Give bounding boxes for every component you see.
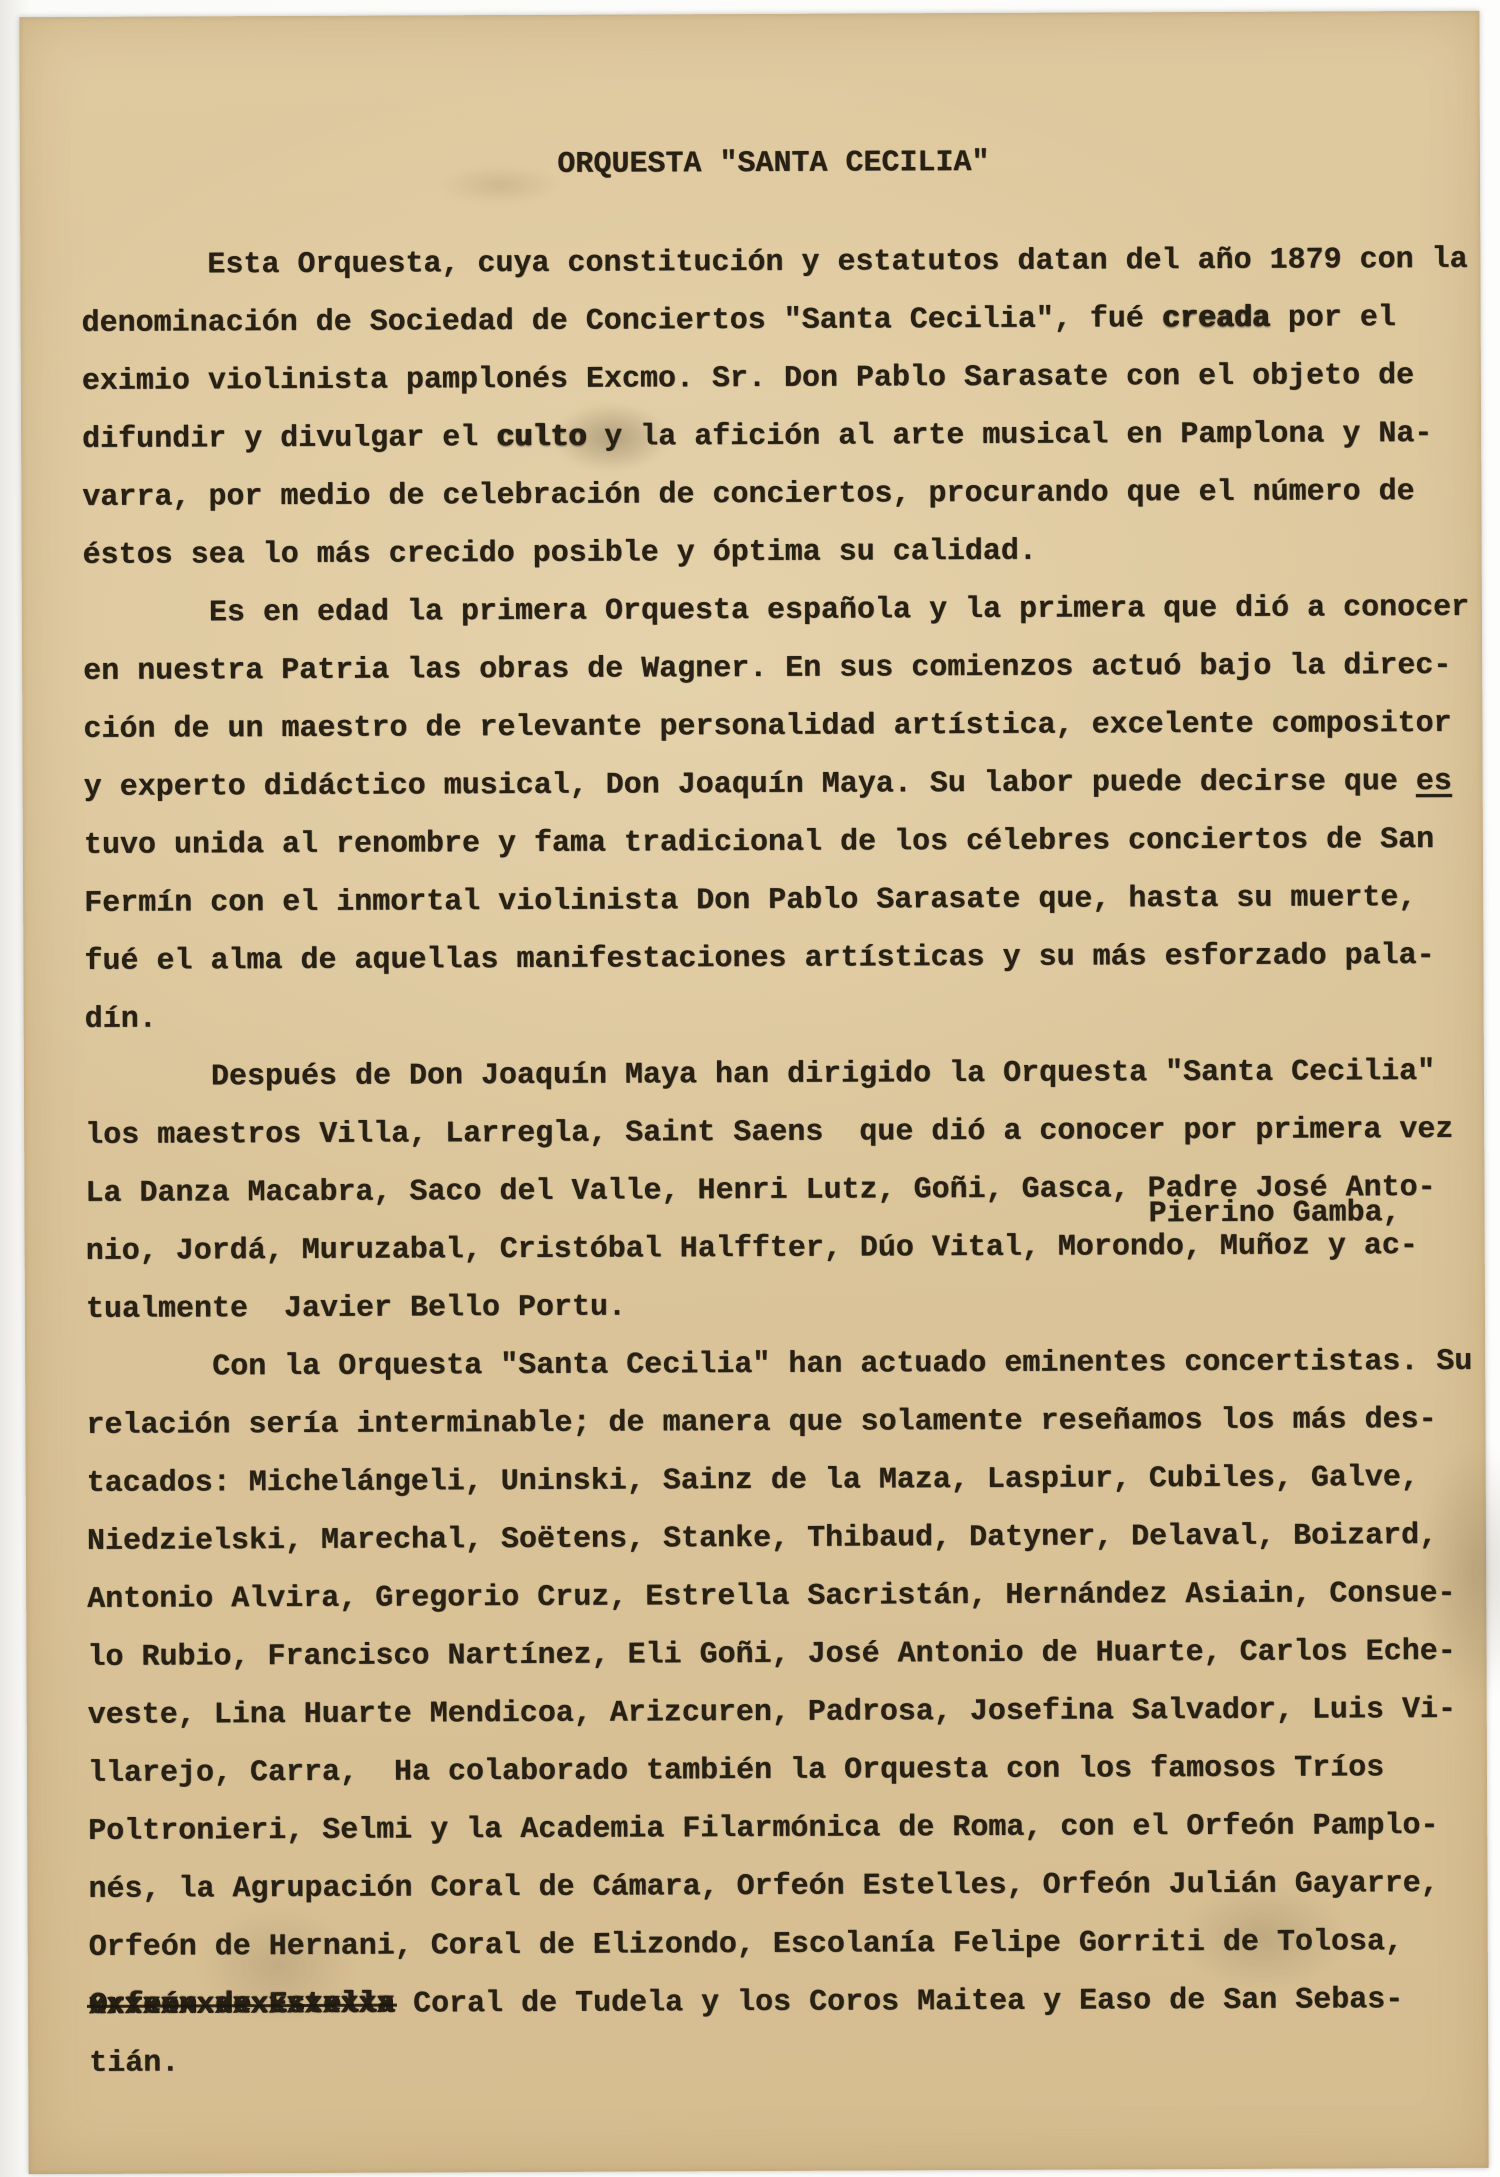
typewritten-line: Orfeón de Estellaxxxxxxxxxxxxxxxxx Coral… [89, 1971, 1474, 2035]
line-text: los maestros Villa, Larregla, Saint Saen… [85, 1113, 1453, 1153]
typewritten-line: nés, la Agrupación Coral de Cámara, Orfe… [88, 1855, 1473, 1919]
typewritten-line: tacados: Michelángeli, Uninski, Sainz de… [87, 1449, 1472, 1513]
typewritten-line: los maestros Villa, Larregla, Saint Saen… [85, 1101, 1470, 1165]
typewritten-line: Poltronieri, Selmi y la Academia Filarmó… [88, 1797, 1473, 1861]
line-text: Coral de Tudela y los Coros Maitea y Eas… [395, 1983, 1403, 2021]
typewritten-line: fué el alma de aquellas manifestaciones … [84, 927, 1469, 991]
typewritten-line: llarejo, Carra, Ha colaborado también la… [88, 1739, 1473, 1803]
typewritten-line: eximio violinista pamplonés Excmo. Sr. D… [82, 347, 1467, 411]
typewritten-line: tuvo unida al renombre y fama tradiciona… [84, 811, 1469, 875]
typewritten-line: en nuestra Patria las obras de Wagner. E… [83, 637, 1468, 701]
line-text: éstos sea lo más crecido posible y óptim… [83, 535, 1037, 573]
line-text: tián. [89, 2047, 179, 2081]
line-text: Con la Orquesta "Santa Cecilia" han actu… [86, 1345, 1472, 1385]
typewritten-line: nio, Jordá, Muruzabal, Cristóbal Halffte… [86, 1217, 1471, 1281]
typewritten-line: tualmente Javier Bello Portu. [86, 1275, 1471, 1339]
line-text: dín. [85, 1003, 157, 1037]
typewritten-line: Niedzielski, Marechal, Soëtens, Stanke, … [87, 1507, 1472, 1571]
line-text: veste, Lina Huarte Mendicoa, Arizcuren, … [88, 1693, 1456, 1733]
line-text: Poltronieri, Selmi y la Academia Filarmó… [88, 1809, 1438, 1849]
line-text: tualmente Javier Bello Portu. [86, 1291, 626, 1327]
typewritten-line: varra, por medio de celebración de conci… [82, 463, 1467, 527]
typewritten-line: lo Rubio, Francisco Nartínez, Eli Goñi, … [87, 1623, 1472, 1687]
typewritten-line: Es en edad la primera Orquesta española … [83, 579, 1468, 643]
typewritten-line: veste, Lina Huarte Mendicoa, Arizcuren, … [88, 1681, 1473, 1745]
typewritten-line: denominación de Sociedad de Conciertos "… [82, 289, 1467, 353]
line-text: fué el alma de aquellas manifestaciones … [84, 939, 1434, 979]
crossed-out-text: Orfeón de Estellaxxxxxxxxxxxxxxxxx [89, 1976, 395, 2035]
typewritten-content: ORQUESTA "SANTA CECILIA" Esta Orquesta, … [80, 11, 1474, 2093]
line-text: Después de Don Joaquín Maya han dirigido… [85, 1055, 1435, 1095]
line-text: nés, la Agrupación Coral de Cámara, Orfe… [88, 1867, 1438, 1907]
paper-sheet: ORQUESTA "SANTA CECILIA" Esta Orquesta, … [19, 11, 1488, 2174]
line-text: Niedzielski, Marechal, Soëtens, Stanke, … [87, 1519, 1437, 1559]
line-text: varra, por medio de celebración de conci… [82, 475, 1414, 515]
line-text: llarejo, Carra, Ha colaborado también la… [88, 1751, 1384, 1791]
overstruck-word: culto [496, 421, 586, 455]
typewritten-line: difundir y divulgar el culto y la afició… [82, 405, 1467, 469]
line-text: lo Rubio, Francisco Nartínez, Eli Goñi, … [87, 1635, 1455, 1675]
document-body: Esta Orquesta, cuya constitución y estat… [81, 231, 1474, 2093]
typewritten-line: y experto didáctico musical, Don Joaquín… [84, 753, 1469, 817]
line-text: en nuestra Patria las obras de Wagner. E… [83, 649, 1451, 689]
typewritten-line: Fermín con el inmortal violinista Don Pa… [84, 869, 1469, 933]
line-text: ción de un maestro de relevante personal… [83, 707, 1451, 747]
line-text: eximio violinista pamplonés Excmo. Sr. D… [82, 359, 1414, 399]
typewritten-line: tián. [89, 2029, 1474, 2093]
typewritten-line: Con la Orquesta "Santa Cecilia" han actu… [86, 1333, 1471, 1397]
line-text: difundir y divulgar el [82, 421, 496, 457]
line-text: y experto didáctico musical, Don Joaquín… [84, 765, 1416, 805]
typewritten-line: Orfeón de Hernani, Coral de Elizondo, Es… [89, 1913, 1474, 1977]
line-text: Orfeón de Hernani, Coral de Elizondo, Es… [89, 1925, 1403, 1965]
typewritten-line: Esta Orquesta, cuya constitución y estat… [81, 231, 1466, 295]
line-text: relación sería interminable; de manera q… [86, 1403, 1436, 1443]
typewritten-line: dín. [85, 985, 1470, 1049]
line-text: por el [1270, 301, 1396, 336]
line-text: tacados: Michelángeli, Uninski, Sainz de… [87, 1461, 1419, 1501]
line-text: y la afición al arte musical en Pamplona… [586, 417, 1432, 455]
line-text: denominación de Sociedad de Conciertos "… [82, 302, 1162, 341]
typewritten-line: ción de un maestro de relevante personal… [83, 695, 1468, 759]
typewritten-line: relación sería interminable; de manera q… [86, 1391, 1471, 1455]
typewritten-line: Antonio Alvira, Gregorio Cruz, Estrella … [87, 1565, 1472, 1629]
underlined-word: es [1416, 765, 1452, 799]
line-text: nio, Jordá, Muruzabal, Cristóbal Halffte… [86, 1229, 1418, 1269]
line-text: Esta Orquesta, cuya constitución y estat… [81, 243, 1467, 283]
document-title: ORQUESTA "SANTA CECILIA" [81, 139, 1466, 189]
line-text: Fermín con el inmortal violinista Don Pa… [84, 881, 1416, 921]
overstruck-word: creada [1162, 302, 1270, 336]
line-text: Es en edad la primera Orquesta española … [83, 591, 1469, 631]
typewritten-line: éstos sea lo más crecido posible y óptim… [83, 521, 1468, 585]
scanned-typewritten-page: { "page": { "title": "ORQUESTA \"SANTA C… [0, 0, 1500, 2177]
line-text: tuvo unida al renombre y fama tradiciona… [84, 823, 1434, 863]
typewritten-line: Después de Don Joaquín Maya han dirigido… [85, 1043, 1470, 1107]
line-text: Antonio Alvira, Gregorio Cruz, Estrella … [87, 1577, 1455, 1617]
